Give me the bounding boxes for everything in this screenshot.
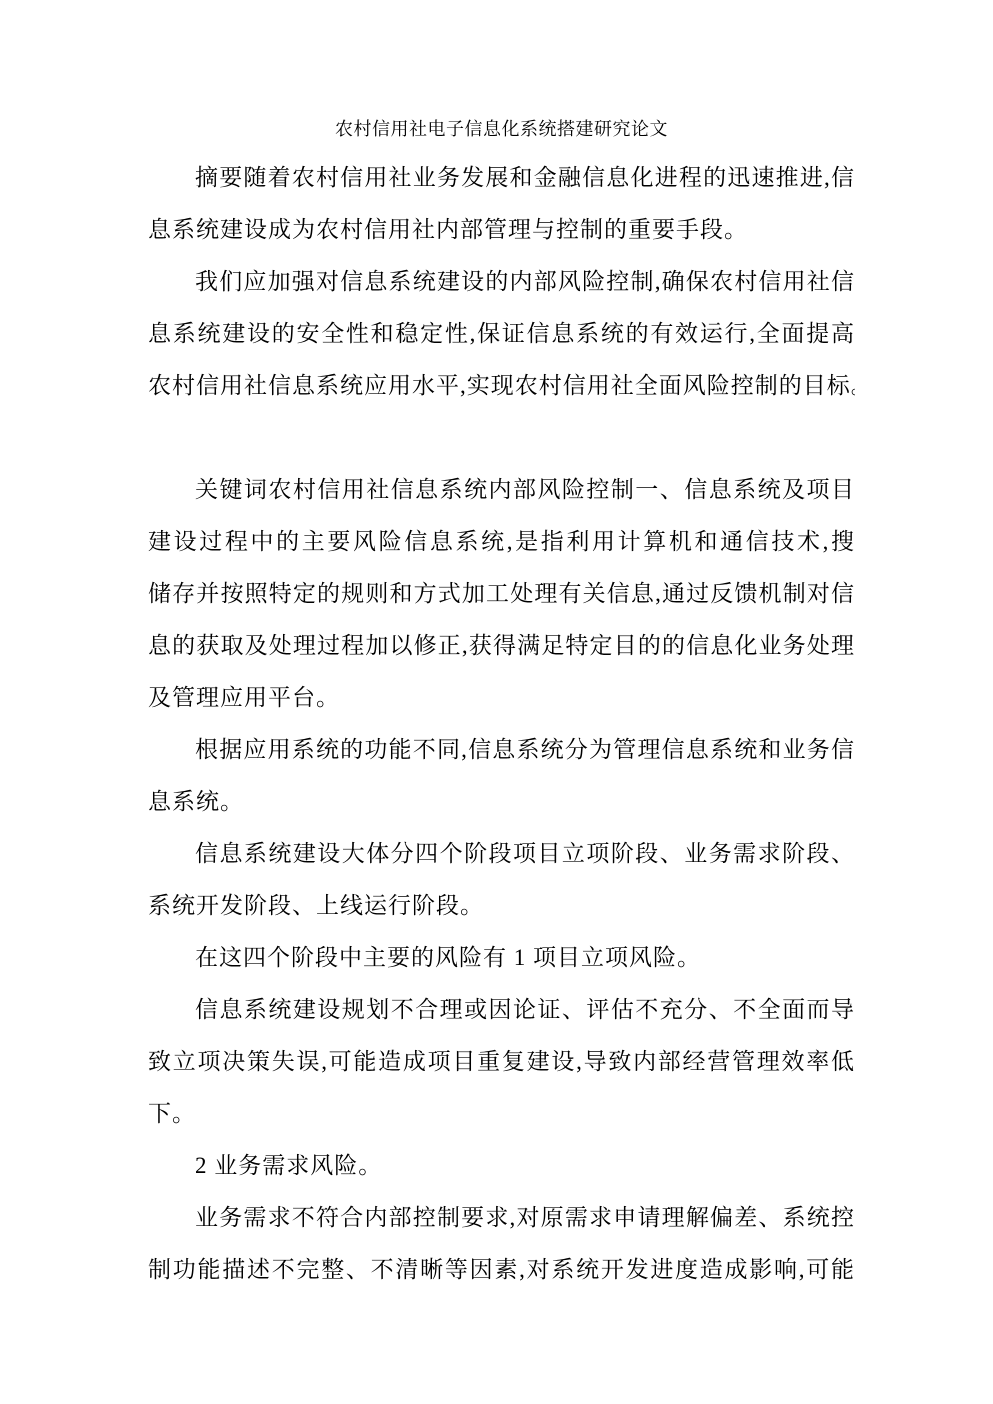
text-line: 息系统。: [148, 776, 855, 828]
text-line: 2 业务需求风险。: [148, 1140, 855, 1192]
text-line: 及管理应用平台。: [148, 672, 855, 724]
text-line: 根据应用系统的功能不同,信息系统分为管理信息系统和业务信: [148, 724, 855, 776]
document-page: 农村信用社电子信息化系统搭建研究论文 摘要随着农村信用社业务发展和金融信息化进程…: [0, 0, 993, 1404]
text-line: 关键词农村信用社信息系统内部风险控制一、信息系统及项目: [148, 464, 855, 516]
text-line: 制功能描述不完整、不清晰等因素,对系统开发进度造成影响,可能: [148, 1244, 855, 1296]
text-line: 息系统建设成为农村信用社内部管理与控制的重要手段。: [148, 204, 855, 256]
text-line: 业务需求不符合内部控制要求,对原需求申请理解偏差、系统控: [148, 1192, 855, 1244]
text-line: 农村信用社信息系统应用水平,实现农村信用社全面风险控制的目标。: [148, 360, 855, 412]
document-title: 农村信用社电子信息化系统搭建研究论文: [148, 116, 855, 142]
document-body: 摘要随着农村信用社业务发展和金融信息化进程的迅速推进,信息系统建设成为农村信用社…: [148, 152, 855, 1296]
text-line: 在这四个阶段中主要的风险有 1 项目立项风险。: [148, 932, 855, 984]
text-line: 信息系统建设规划不合理或因论证、评估不充分、不全面而导: [148, 984, 855, 1036]
text-line: 信息系统建设大体分四个阶段项目立项阶段、业务需求阶段、: [148, 828, 855, 880]
text-line: 储存并按照特定的规则和方式加工处理有关信息,通过反馈机制对信: [148, 568, 855, 620]
text-line: 下。: [148, 1088, 855, 1140]
text-line: 建设过程中的主要风险信息系统,是指利用计算机和通信技术,搜集、: [148, 516, 855, 568]
text-line: 息的获取及处理过程加以修正,获得满足特定目的的信息化业务处理: [148, 620, 855, 672]
text-line: 摘要随着农村信用社业务发展和金融信息化进程的迅速推进,信: [148, 152, 855, 204]
text-line: 系统开发阶段、上线运行阶段。: [148, 880, 855, 932]
text-line: 息系统建设的安全性和稳定性,保证信息系统的有效运行,全面提高: [148, 308, 855, 360]
blank-line: [148, 412, 855, 464]
text-line: 致立项决策失误,可能造成项目重复建设,导致内部经营管理效率低: [148, 1036, 855, 1088]
text-line: 我们应加强对信息系统建设的内部风险控制,确保农村信用社信: [148, 256, 855, 308]
